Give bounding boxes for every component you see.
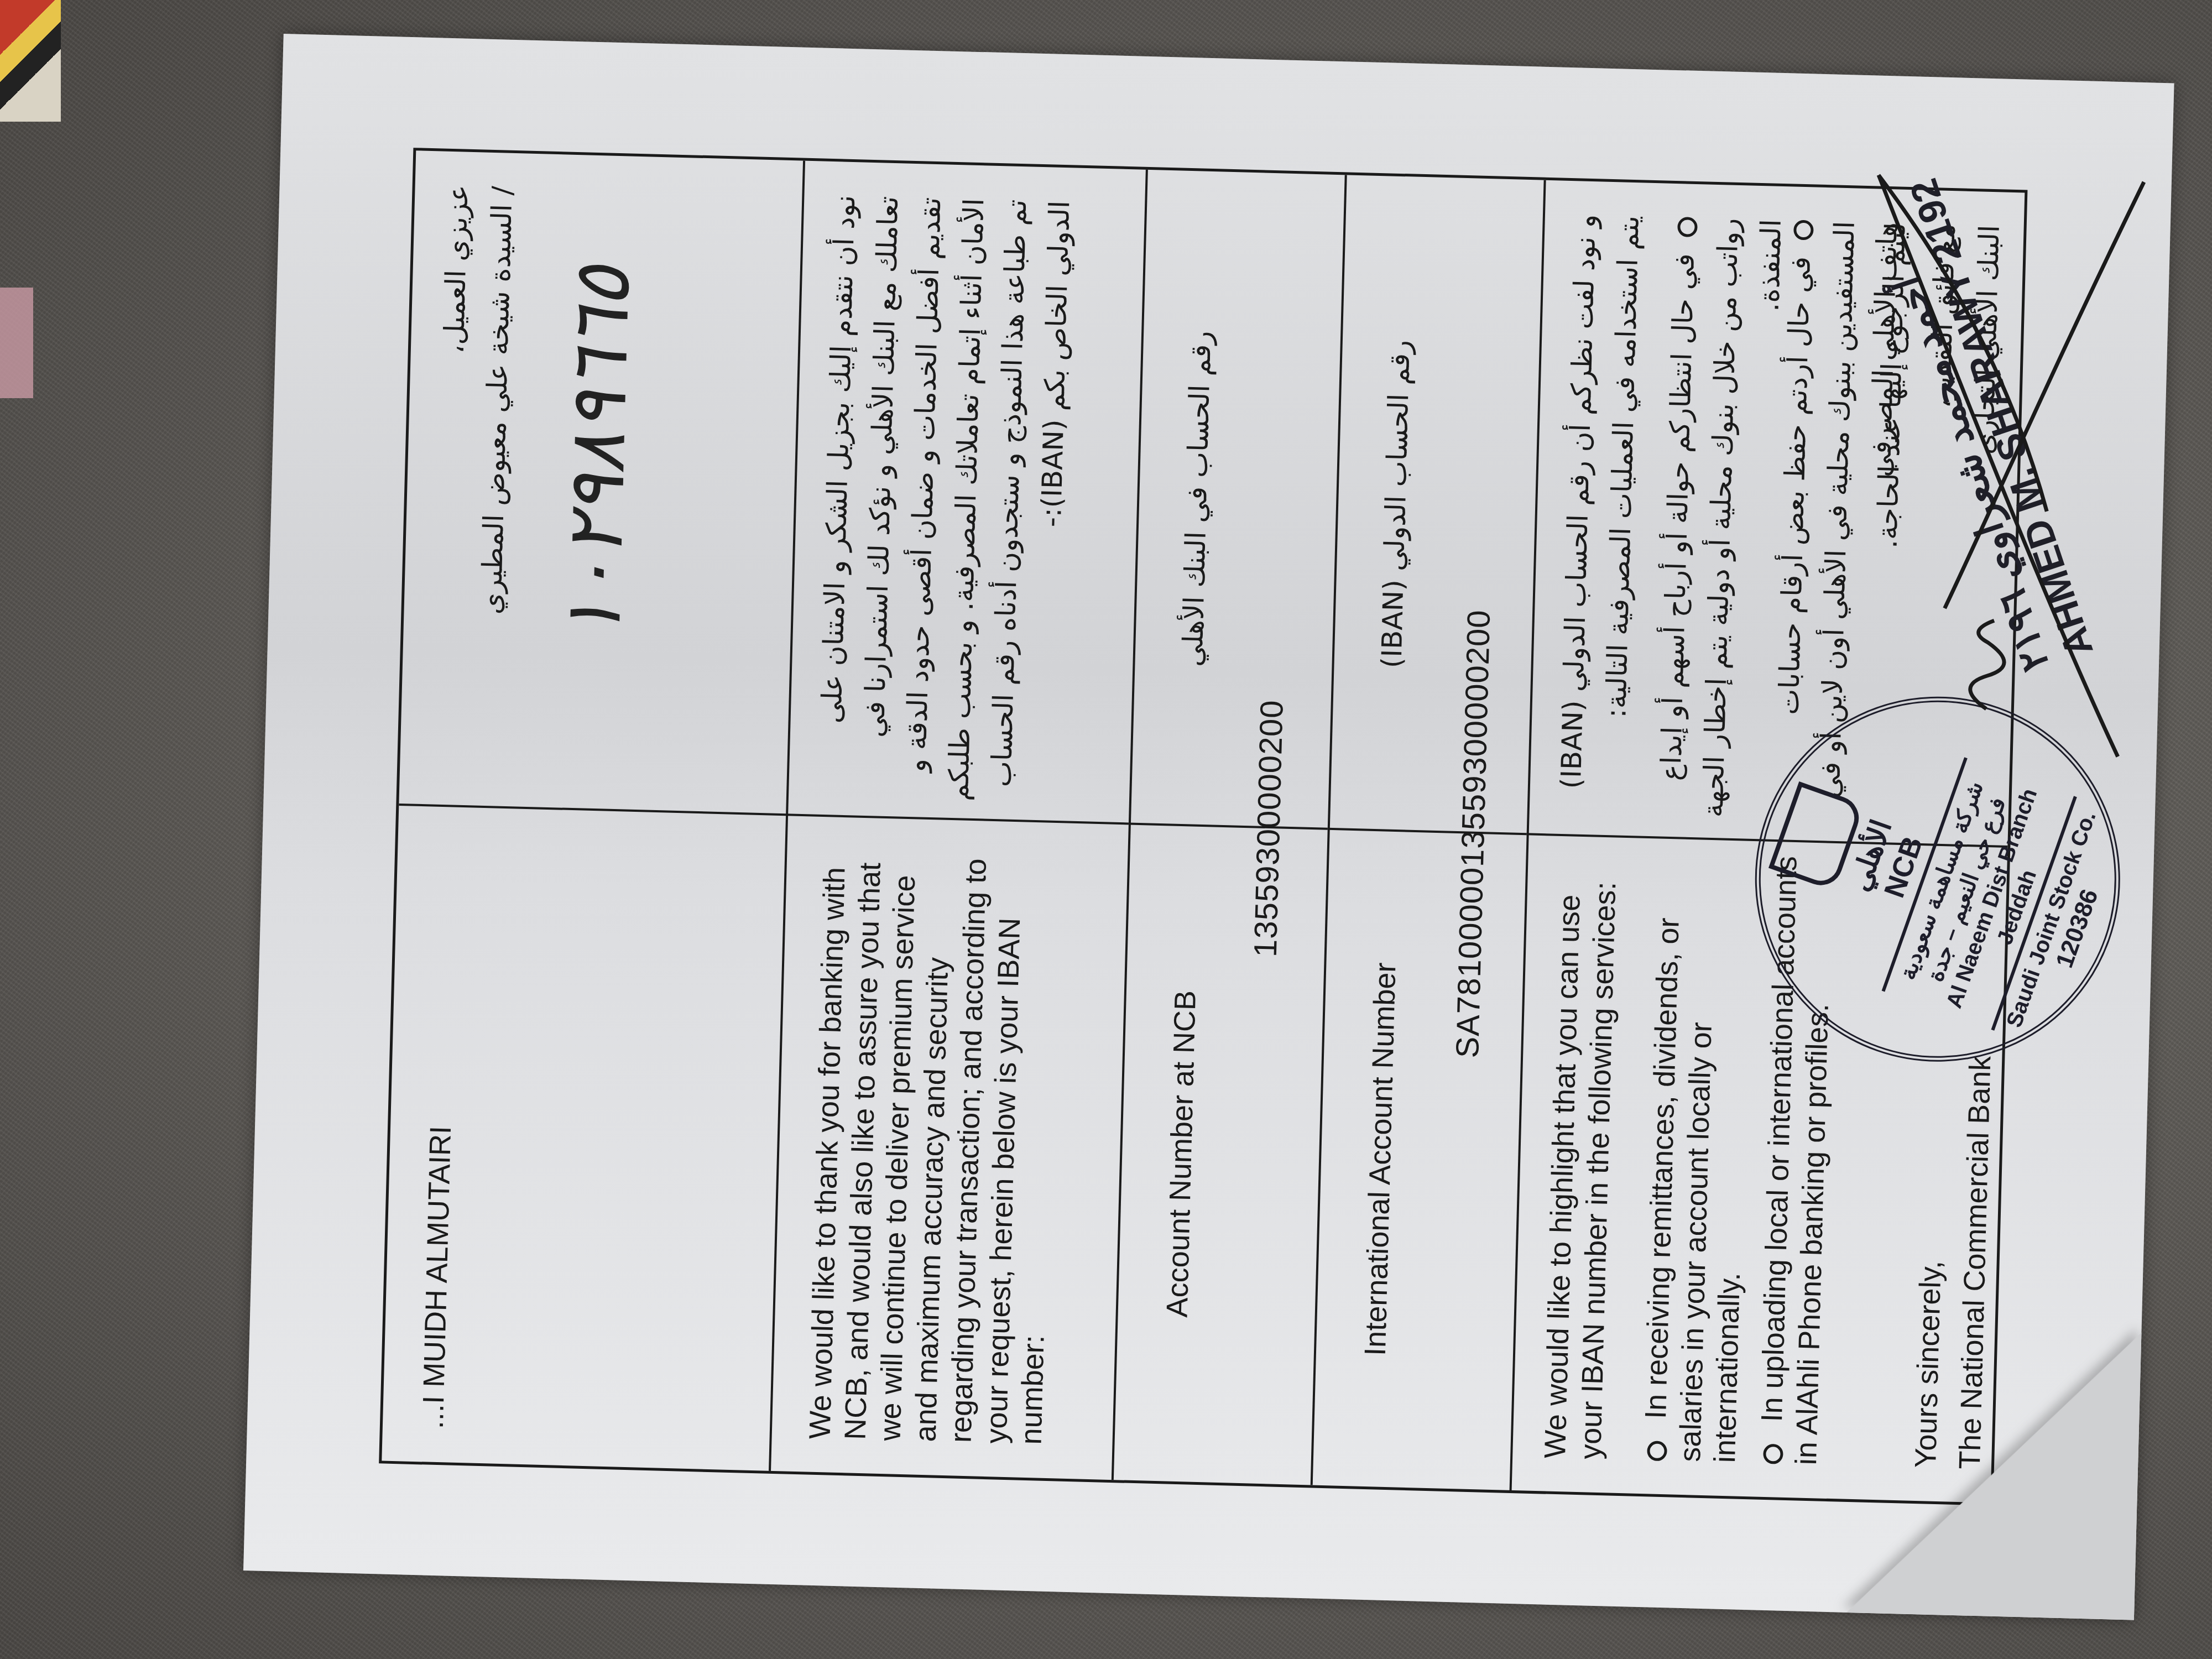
iban-row: International Account Number رقم الحساب … [1311, 175, 1546, 1490]
account-label-en: Account Number at NCB [1156, 826, 1208, 1482]
handwritten-number: ١٠٢٩٨٩٦٦٥ [542, 265, 648, 820]
intro-text-en: We would like to thank you for banking w… [803, 831, 1066, 1445]
bullet-circle-icon [1647, 1441, 1667, 1461]
iban-label-ar: رقم الحساب الدولي (IBAN) [1366, 176, 1426, 832]
services-intro-ar: و نود لفت نظركم أن رقم الحساب الدولي (IB… [1549, 214, 1651, 825]
intro-text-ar: نود أن نتقدم إليك بجزيل الشكر و الامتنان… [808, 195, 1082, 810]
services-intro-en: We would like to highlight that you can … [1538, 850, 1624, 1460]
letter-paper: ...I MUIDH ALMUTAIRI عزيزي العميل، / الس… [243, 34, 2174, 1620]
service-item-en: In receiving remittances, dividends, or … [1637, 852, 1759, 1463]
intro-row: We would like to thank you for banking w… [769, 161, 1148, 1480]
fabric-corner [0, 0, 61, 122]
account-label-ar: رقم الحساب في البنك الأهلي [1167, 171, 1227, 827]
column-divider [1129, 822, 1328, 830]
folded-corner [1846, 1325, 2141, 1620]
header-row: ...I MUIDH ALMUTAIRI عزيزي العميل، / الس… [382, 150, 805, 1471]
bullet-circle-icon [1793, 220, 1813, 241]
recipient-name-en: ...I MUIDH ALMUTAIRI [416, 820, 467, 1429]
column-divider [786, 813, 1129, 825]
handwritten-signature [1840, 119, 2167, 791]
account-row: Account Number at NCB رقم الحساب في البن… [1112, 170, 1347, 1485]
pink-object [0, 288, 33, 398]
iban-label-en: International Account Number [1355, 831, 1407, 1487]
bullet-circle-icon [1677, 217, 1698, 237]
bullet-circle-icon [1763, 1444, 1783, 1464]
column-divider [1328, 828, 1527, 835]
